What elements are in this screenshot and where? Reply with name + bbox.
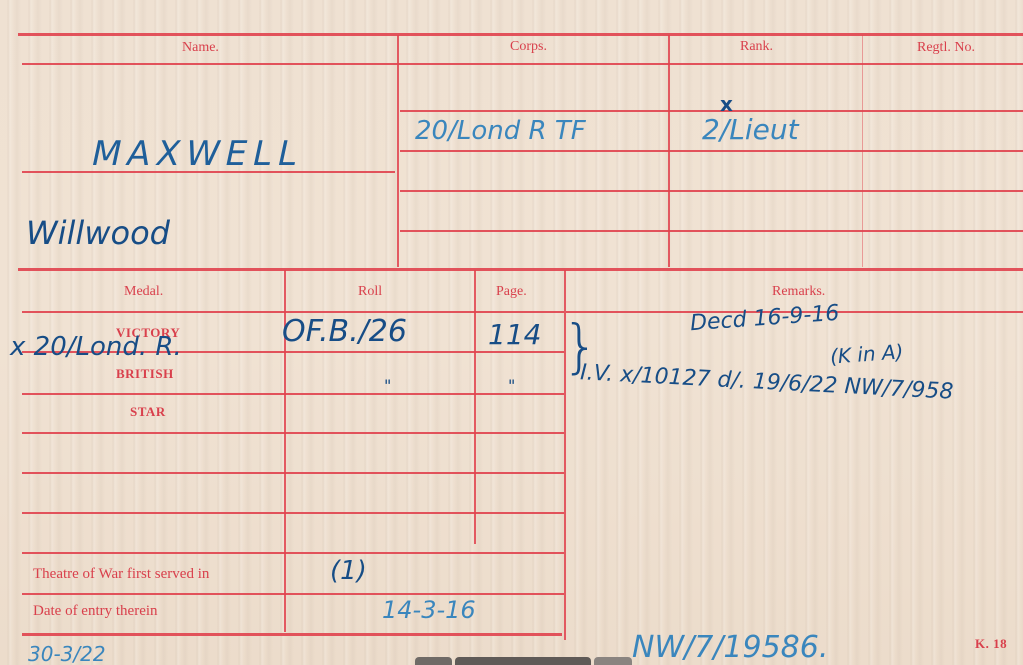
medal-header: Medal. bbox=[124, 284, 163, 300]
surname-value: MAXWELL bbox=[88, 134, 307, 174]
medal-british: BRITISH bbox=[116, 366, 174, 382]
name-corps-divider bbox=[397, 35, 399, 267]
medal-bottom-line bbox=[22, 633, 562, 636]
rank-label: Rank. bbox=[740, 39, 773, 55]
rank-value: 2/Lieut bbox=[702, 113, 799, 146]
corps-row-line-1 bbox=[400, 110, 1023, 112]
regtl-no-label: Regtl. No. bbox=[917, 40, 975, 56]
corps-value: 20/Lond R TF bbox=[415, 116, 586, 146]
remarks-header: Remarks. bbox=[772, 284, 825, 300]
name-label: Name. bbox=[182, 40, 219, 56]
page-ditto: " bbox=[508, 376, 515, 395]
roll-header: Roll bbox=[358, 284, 382, 300]
form-code: K. 18 bbox=[975, 636, 1007, 652]
viewer-toolbar-segment-1[interactable] bbox=[415, 657, 452, 665]
medal-star: STAR bbox=[130, 404, 166, 420]
theatre-label: Theatre of War first served in bbox=[33, 566, 209, 583]
date-entry-label: Date of entry therein bbox=[33, 603, 158, 620]
medal-row-line-5 bbox=[22, 512, 564, 514]
header-divider-line bbox=[22, 63, 1023, 65]
medal-row-line-6 bbox=[22, 552, 564, 554]
page-entry: 114 bbox=[488, 318, 541, 351]
forename-value: Willwood bbox=[26, 214, 170, 252]
viewer-toolbar-segment-3[interactable] bbox=[594, 657, 632, 665]
medal-row-line-2 bbox=[22, 393, 564, 395]
corps-label: Corps. bbox=[510, 39, 547, 55]
medal-row-line-4 bbox=[22, 472, 564, 474]
corps-row-line-2 bbox=[400, 150, 1023, 152]
medal-header-line bbox=[22, 311, 564, 313]
remarks-line-2: (K in A) bbox=[829, 339, 904, 368]
viewer-toolbar-segment-2[interactable] bbox=[455, 657, 591, 665]
medal-row-line-3 bbox=[22, 432, 564, 434]
footer-reference: NW/7/19586. bbox=[632, 630, 828, 665]
medal-unit-entry: x 20/Lond. R. bbox=[10, 332, 182, 362]
section-divider-line bbox=[18, 268, 1023, 271]
corps-row-line-4 bbox=[400, 230, 1023, 232]
corps-row-line-3 bbox=[400, 190, 1023, 192]
theatre-value: (1) bbox=[330, 556, 367, 586]
date-entry-value: 14-3-16 bbox=[382, 596, 476, 624]
theatre-row-line bbox=[22, 593, 564, 595]
page-header: Page. bbox=[496, 284, 527, 300]
roll-ditto: " bbox=[384, 376, 391, 395]
roll-entry: OF.B./26 bbox=[282, 314, 407, 349]
top-border-line bbox=[18, 33, 1023, 36]
footer-left-note: 30-3/22 bbox=[28, 642, 106, 665]
